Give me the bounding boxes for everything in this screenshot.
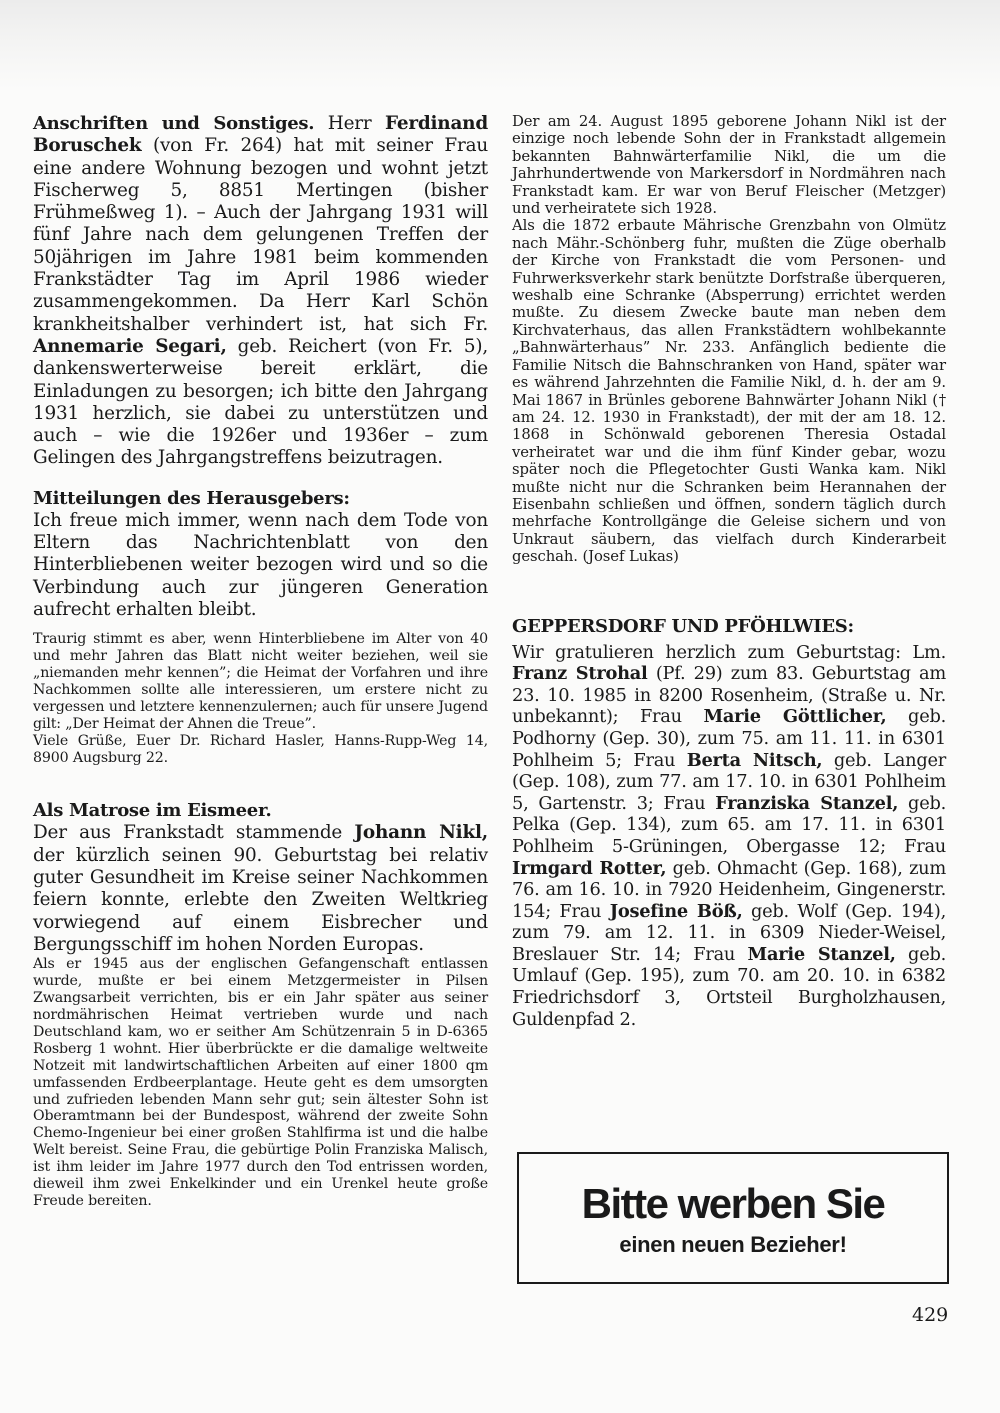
mitteilungen-body: Traurig stimmt es aber, wenn Hinterblieb… [33, 631, 488, 732]
nikl-paragraph-1: Der am 24. August 1895 geborene Johann N… [512, 113, 946, 217]
person-name: Berta Nitsch, [687, 750, 823, 771]
left-column: Anschriften und Sonstiges. Herr Ferdinan… [33, 113, 488, 1210]
anschriften-section: Anschriften und Sonstiges. Herr Ferdinan… [33, 113, 488, 470]
mitteilungen-heading: Mitteilungen des Herausgebers: [33, 488, 488, 510]
anschriften-heading: Anschriften und Sonstiges. [33, 113, 314, 134]
person-name: Franziska Stanzel, [715, 793, 898, 814]
person-name: Marie Göttlicher, [703, 706, 886, 727]
matrose-lead: Der aus Frankstadt stammende Johann Nikl… [33, 822, 488, 956]
mitteilungen-lead: Ich freue mich immer, wenn nach dem Tode… [33, 510, 488, 621]
person-name: Josefine Böß, [610, 901, 743, 922]
page-number: 429 [912, 1304, 948, 1326]
advert-subline: einen neuen Bezieher! [519, 1232, 947, 1258]
right-column: Der am 24. August 1895 geborene Johann N… [512, 113, 946, 1030]
matrose-heading: Als Matrose im Eismeer. [33, 800, 488, 822]
mitteilungen-signature: Viele Grüße, Euer Dr. Richard Hasler, Ha… [33, 733, 488, 767]
person-name: Annemarie Segari, [33, 336, 227, 357]
person-name: Irmgard Rotter, [512, 858, 666, 879]
geppersdorf-heading: GEPPERSDORF UND PFÖHLWIES: [512, 616, 946, 638]
geppersdorf-birthdays: Wir gratulieren herzlich zum Geburtstag:… [512, 642, 946, 1031]
matrose-body: Als er 1945 aus der englischen Gefangens… [33, 956, 488, 1210]
nikl-paragraph-2: Als die 1872 erbaute Mährische Grenzbahn… [512, 217, 946, 565]
advert-headline: Bitte werben Sie [519, 1182, 947, 1226]
advert-box: Bitte werben Sie einen neuen Bezieher! [517, 1152, 949, 1284]
person-name: Franz Strohal [512, 663, 648, 684]
person-name: Johann Nikl, [354, 822, 488, 843]
scan-bleed-through [0, 0, 1000, 90]
person-name: Marie Stanzel, [748, 944, 896, 965]
